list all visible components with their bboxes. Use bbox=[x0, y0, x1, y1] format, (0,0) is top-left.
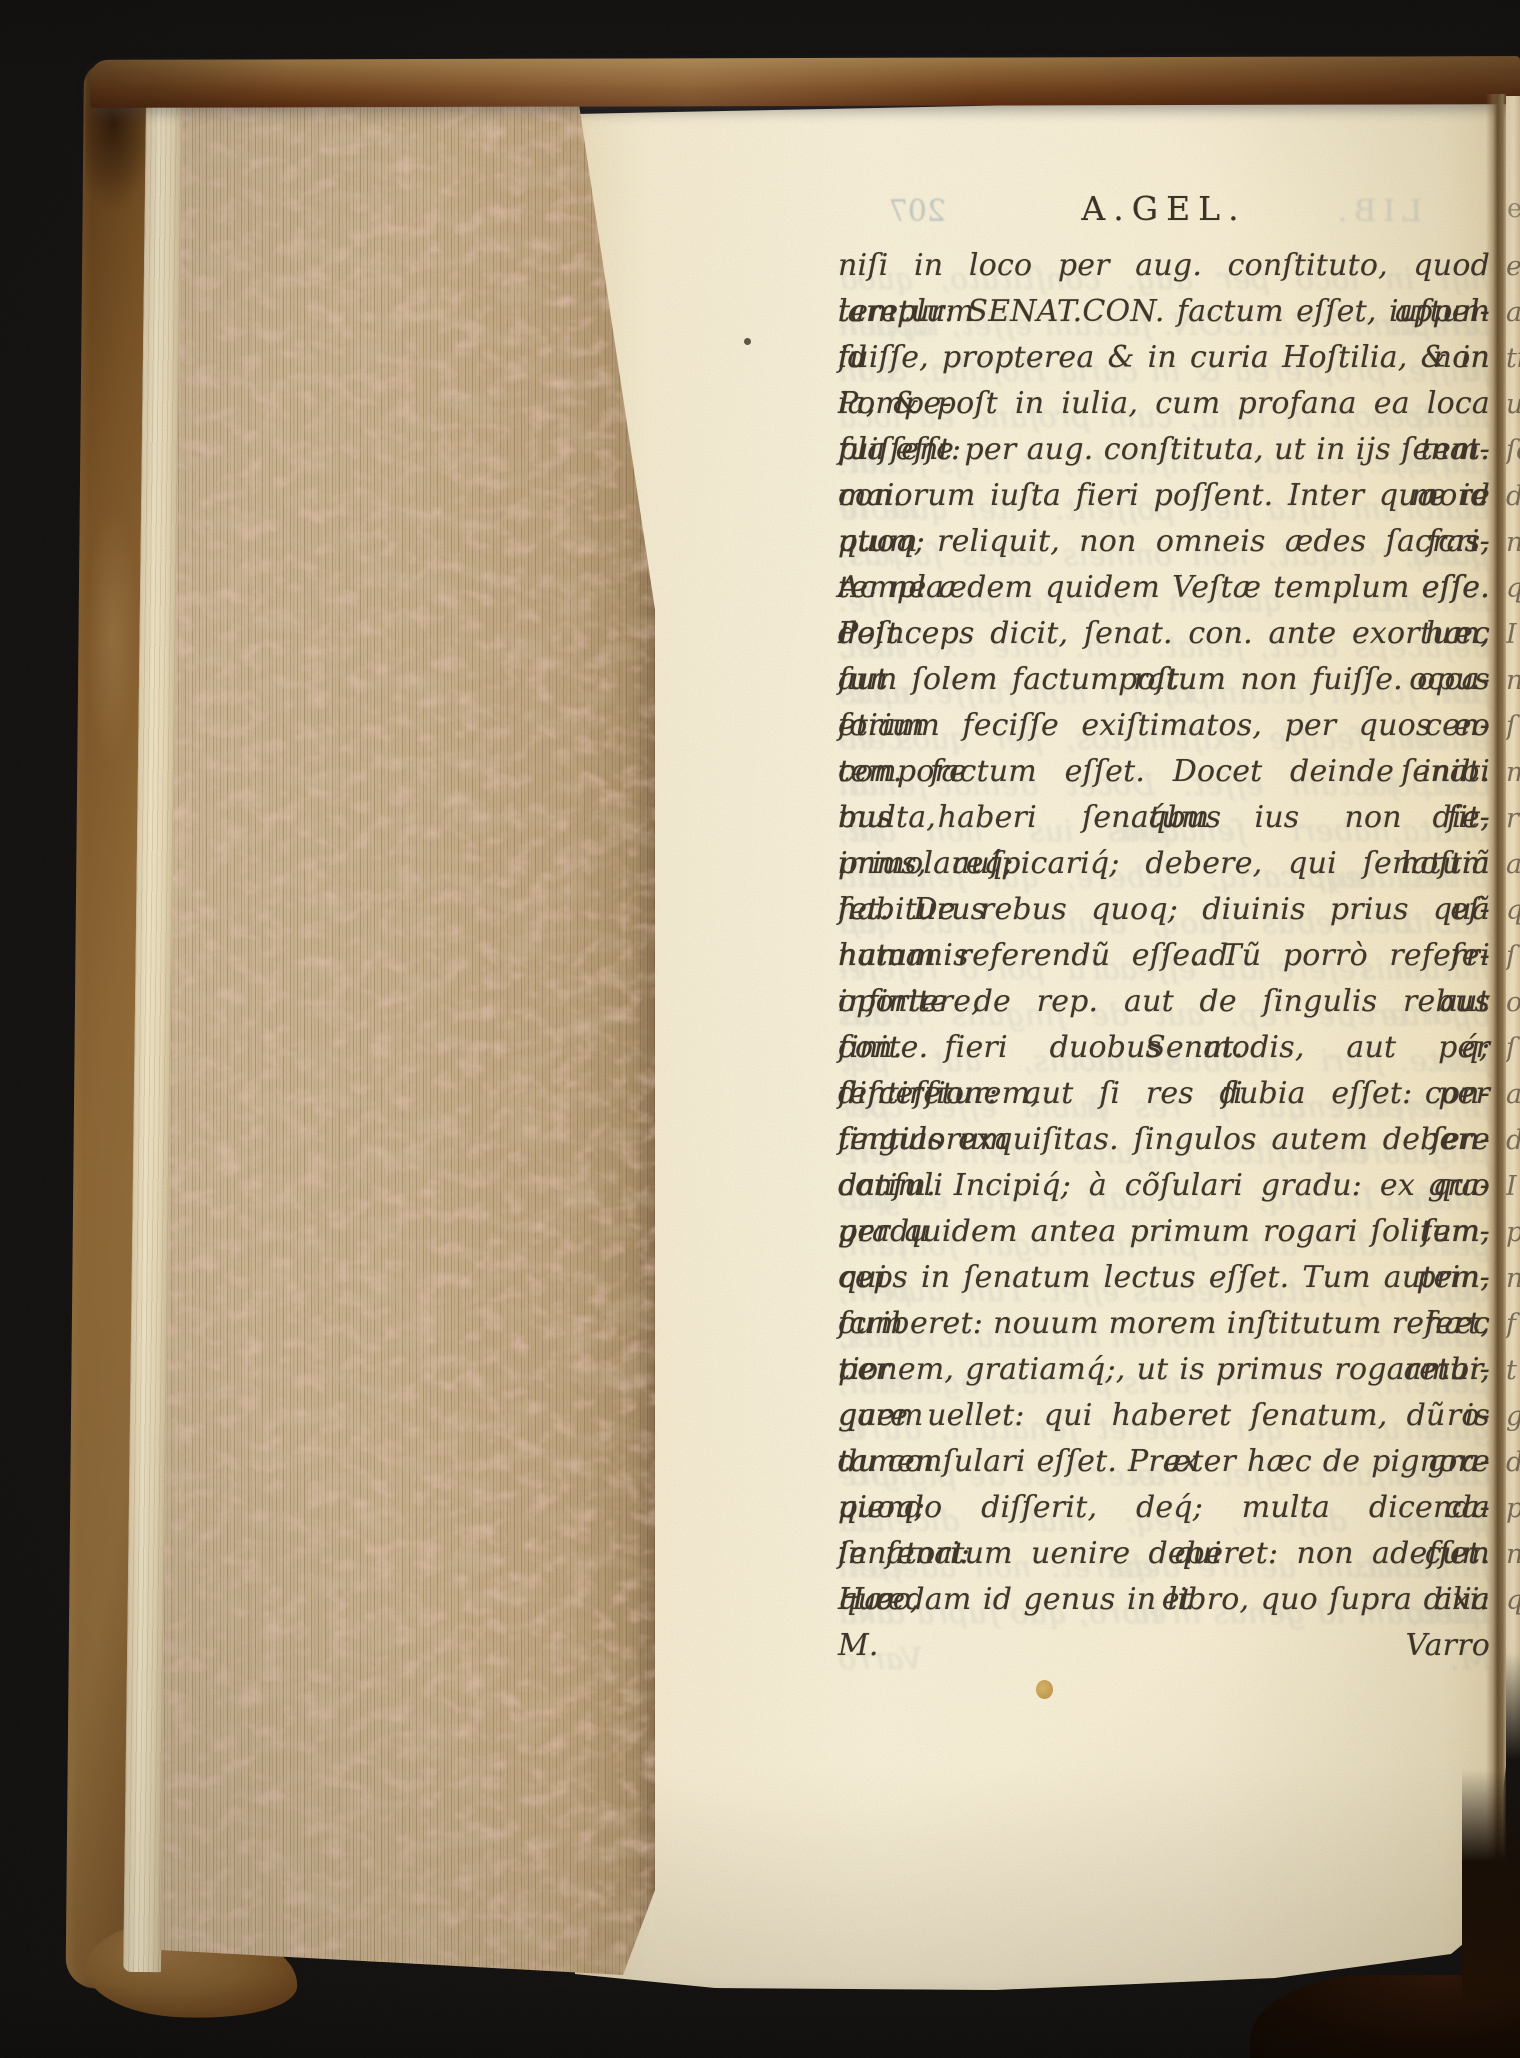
sliver-fragment: q bbox=[1506, 888, 1520, 934]
sliver-fragment: q bbox=[1506, 1578, 1520, 1624]
sliver-fragment: n bbox=[1506, 520, 1520, 566]
sliver-fragment: ſ bbox=[1506, 1026, 1520, 1072]
text-line: ſorium feciſſe exiſtimatos, per quos eo … bbox=[838, 703, 1490, 749]
sliver-fragment: tis bbox=[1506, 336, 1520, 382]
text-line: infinite de rep. aut de ſingulis rebus f… bbox=[838, 979, 1490, 1025]
paper-stain bbox=[1036, 1680, 1053, 1699]
text-line: in ſenatum uenire deberet: non adeſſet. … bbox=[838, 1531, 1490, 1577]
sliver-fragment: ſ bbox=[1506, 934, 1520, 980]
text-line: gare uellet: qui haberet ſenatum, dũ is … bbox=[838, 1393, 1490, 1439]
running-title: A.GEL. bbox=[838, 189, 1490, 228]
text-line: tionem, gratiamq́;, ut is primus rogaret… bbox=[838, 1347, 1490, 1393]
text-line: deinceps dicit, ſenat. con. ante exortum… bbox=[838, 611, 1490, 657]
lower-board-edge bbox=[1462, 1770, 1520, 2000]
facing-page-sliver: e etartisuiſcdnqInſmraqſoſadIpnftgdpnq bbox=[1506, 96, 1520, 1772]
text-line: ſet. De rebus quoq; diuinis prius quã hu… bbox=[838, 887, 1490, 933]
sliver-fragment: n bbox=[1506, 1532, 1520, 1578]
sliver-fragment: f bbox=[1506, 1302, 1520, 1348]
sliver-fragment: d bbox=[1506, 474, 1520, 520]
sliver-fragment: a bbox=[1506, 842, 1520, 888]
sliver-fragment: d bbox=[1506, 1440, 1520, 1486]
leather-top-edge bbox=[90, 56, 1520, 108]
sliver-fragment: n bbox=[1506, 658, 1520, 704]
sliver-fragment-column: etartisuiſcdnqInſmraqſoſadIpnftgdpnq bbox=[1506, 244, 1520, 1624]
text-line: natum referendũ eſſe. Tũ porrò referri o… bbox=[838, 933, 1490, 979]
text-line: tentias exquiſitas. ſingulos autem deber… bbox=[838, 1117, 1490, 1163]
sliver-fragment: ar bbox=[1506, 290, 1520, 336]
sliver-fragment: ſc bbox=[1506, 428, 1520, 474]
text-line: ſcriberet: nouum morem inſtitutum refert… bbox=[838, 1301, 1490, 1347]
sliver-fragment: m bbox=[1506, 750, 1520, 796]
sliver-fragment: d bbox=[1506, 1118, 1520, 1164]
text-line: fuiſſe, propterea & in curia Hoſtilia, &… bbox=[838, 335, 1490, 381]
sliver-fragment: r bbox=[1506, 796, 1520, 842]
text-line: du conſulari eſſet. Præter hæc de pignor… bbox=[838, 1439, 1490, 1485]
text-line: pla eſſe per aug. conſtituta, ut in ijs … bbox=[838, 427, 1490, 473]
sliver-fragment: ui bbox=[1506, 382, 1520, 428]
book-photograph: e etartisuiſcdnqInſmraqſoſadIpnftgdpnq 2… bbox=[0, 0, 1520, 2058]
text-line: ia, & poſt in iulia, cum profana ea loca… bbox=[838, 381, 1490, 427]
text-line: quædam id genus in libro, quo ſupra dixi… bbox=[838, 1577, 1490, 1623]
text-line: ſentiretur: aut ſi res dubia eſſet: per … bbox=[838, 1071, 1490, 1117]
sliver-fragment: p bbox=[1506, 1486, 1520, 1532]
sliver-fragment: q bbox=[1506, 566, 1520, 612]
text-line: con. fieri duobus modis, aut per diſceſſ… bbox=[838, 1025, 1490, 1071]
text-line: ptum reliquit, non omneis ædes ſacras, t… bbox=[838, 519, 1490, 565]
sliver-fragment: e bbox=[1507, 194, 1520, 224]
text-line: ceps in ſenatum lectus eſſet. Tum autem,… bbox=[838, 1255, 1490, 1301]
text-line: bus haberi ſenatum ius non ſit, immolare… bbox=[838, 795, 1490, 841]
fore-edge-speckle-texture bbox=[150, 90, 658, 2005]
text-line: laretur: SENAT.CON. factum eſſet, iuſtum… bbox=[838, 289, 1490, 335]
sliver-fragment: n bbox=[1506, 1256, 1520, 1302]
text-line: per quidem antea primum rogari ſolitum, … bbox=[838, 1209, 1490, 1255]
page-block-fore-edge bbox=[150, 90, 658, 2005]
sliver-fragment: t bbox=[1506, 1348, 1520, 1394]
ink-fleck bbox=[744, 338, 751, 345]
sliver-fragment: I bbox=[1506, 1164, 1520, 1210]
text-line: prius, auſpicariq́; debere, qui ſenatum … bbox=[838, 841, 1490, 887]
sliver-fragment: g bbox=[1506, 1394, 1520, 1440]
text-line: piendo diſſerit, deq́; multa dicenda ſen… bbox=[838, 1485, 1490, 1531]
sliver-fragment: et bbox=[1506, 244, 1520, 290]
sliver-fragment: ſ bbox=[1506, 704, 1520, 750]
text-line: niſi in loco per aug. conſtituto, quod t… bbox=[838, 243, 1490, 289]
text-line: ſum ſolem factum ratum non fuiſſe. opus … bbox=[838, 657, 1490, 703]
sliver-fragment: I bbox=[1506, 612, 1520, 658]
sliver-fragment: o bbox=[1506, 980, 1520, 1026]
text-line: maiorum iuſta fieri poſſent. Inter quæ i… bbox=[838, 473, 1490, 519]
text-line: Ac ne ædem quidem Veſtæ templum eſſe. Po… bbox=[838, 565, 1490, 611]
sliver-fragment: a bbox=[1506, 1072, 1520, 1118]
text-block: niſi in loco per aug. conſtituto, quod t… bbox=[838, 243, 1490, 1623]
text-line: datim. Incipiq́; à cõſulari gradu: ex qu… bbox=[838, 1163, 1490, 1209]
text-line: con. factum eſſet. Docet deinde inibi mu… bbox=[838, 749, 1490, 795]
sliver-fragment: p bbox=[1506, 1210, 1520, 1256]
